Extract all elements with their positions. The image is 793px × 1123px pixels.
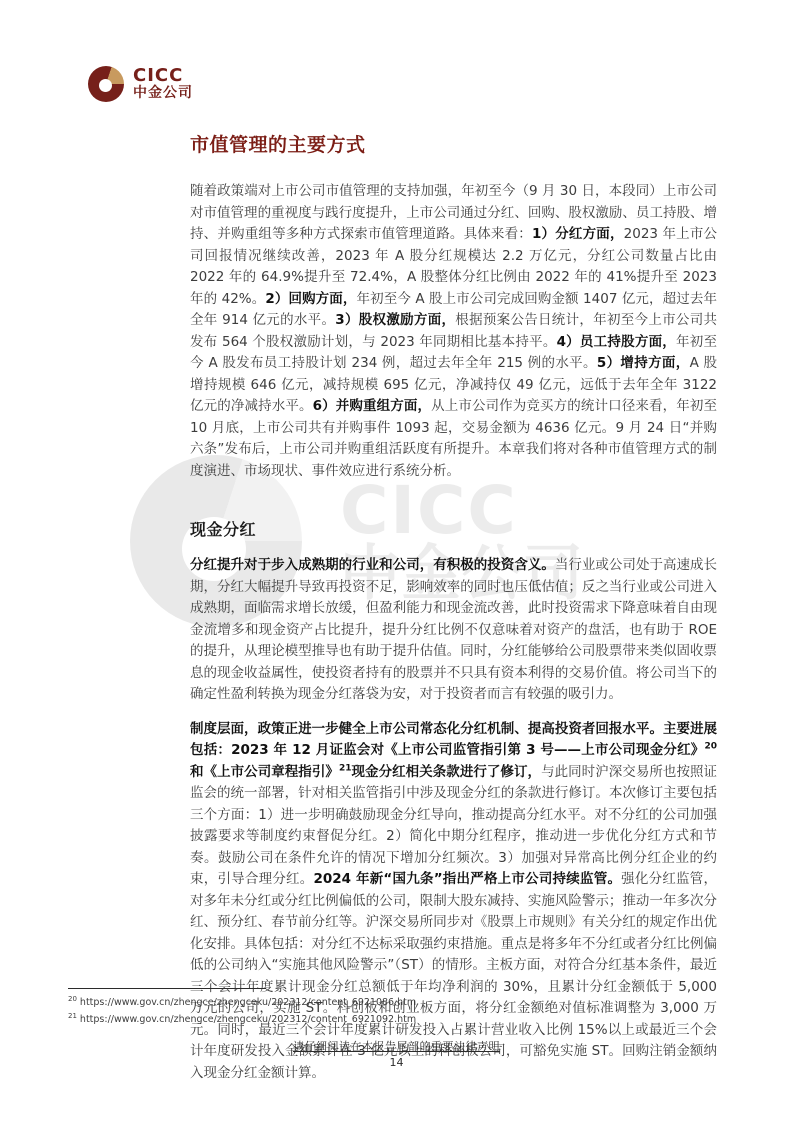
content-column: 随着政策端对上市公司市值管理的支持加强，年初至今（9 月 30 日，本段同）上市… (190, 181, 717, 1084)
footnote-url[interactable]: https://www.gov.cn/zhengce/zhengceku/202… (80, 1014, 416, 1025)
footnotes: 20https://www.gov.cn/zhengce/zhengceku/2… (68, 993, 416, 1026)
footnote-item: 20https://www.gov.cn/zhengce/zhengceku/2… (68, 993, 416, 1010)
logo-wordmark-en: CICC (133, 67, 193, 86)
footnote-url[interactable]: https://www.gov.cn/zhengce/zhengceku/202… (80, 997, 416, 1008)
cicc-logo: CICC 中金公司 (88, 66, 193, 102)
report-page: CICC 中金公司 CICC 中金公司 市值管理的主要方式 随着政策端对上市公司… (0, 0, 793, 1123)
logo-wordmark-zh: 中金公司 (133, 86, 193, 101)
footnote-number: 21 (68, 1012, 77, 1020)
footer-disclaimer: 请仔细阅读在本报告尾部的重要法律声明 (0, 1038, 793, 1054)
footnote-item: 21https://www.gov.cn/zhengce/zhengceku/2… (68, 1010, 416, 1027)
paragraph-dividend-meaning: 分红提升对于步入成熟期的行业和公司，有积极的投资含义。当行业或公司处于高速成长期… (190, 555, 717, 706)
page-title: 市值管理的主要方式 (190, 130, 366, 157)
cicc-logo-icon (88, 66, 124, 102)
page-number: 14 (0, 1056, 793, 1069)
paragraph-overview: 随着政策端对上市公司市值管理的支持加强，年初至今（9 月 30 日，本段同）上市… (190, 181, 717, 482)
footnote-divider (68, 988, 266, 989)
section-heading-cash-dividend: 现金分红 (190, 517, 717, 540)
paragraph-policy-system: 制度层面，政策正进一步健全上市公司常态化分红机制、提高投资者回报水平。主要进展包… (190, 719, 717, 1085)
footnote-number: 20 (68, 995, 77, 1003)
